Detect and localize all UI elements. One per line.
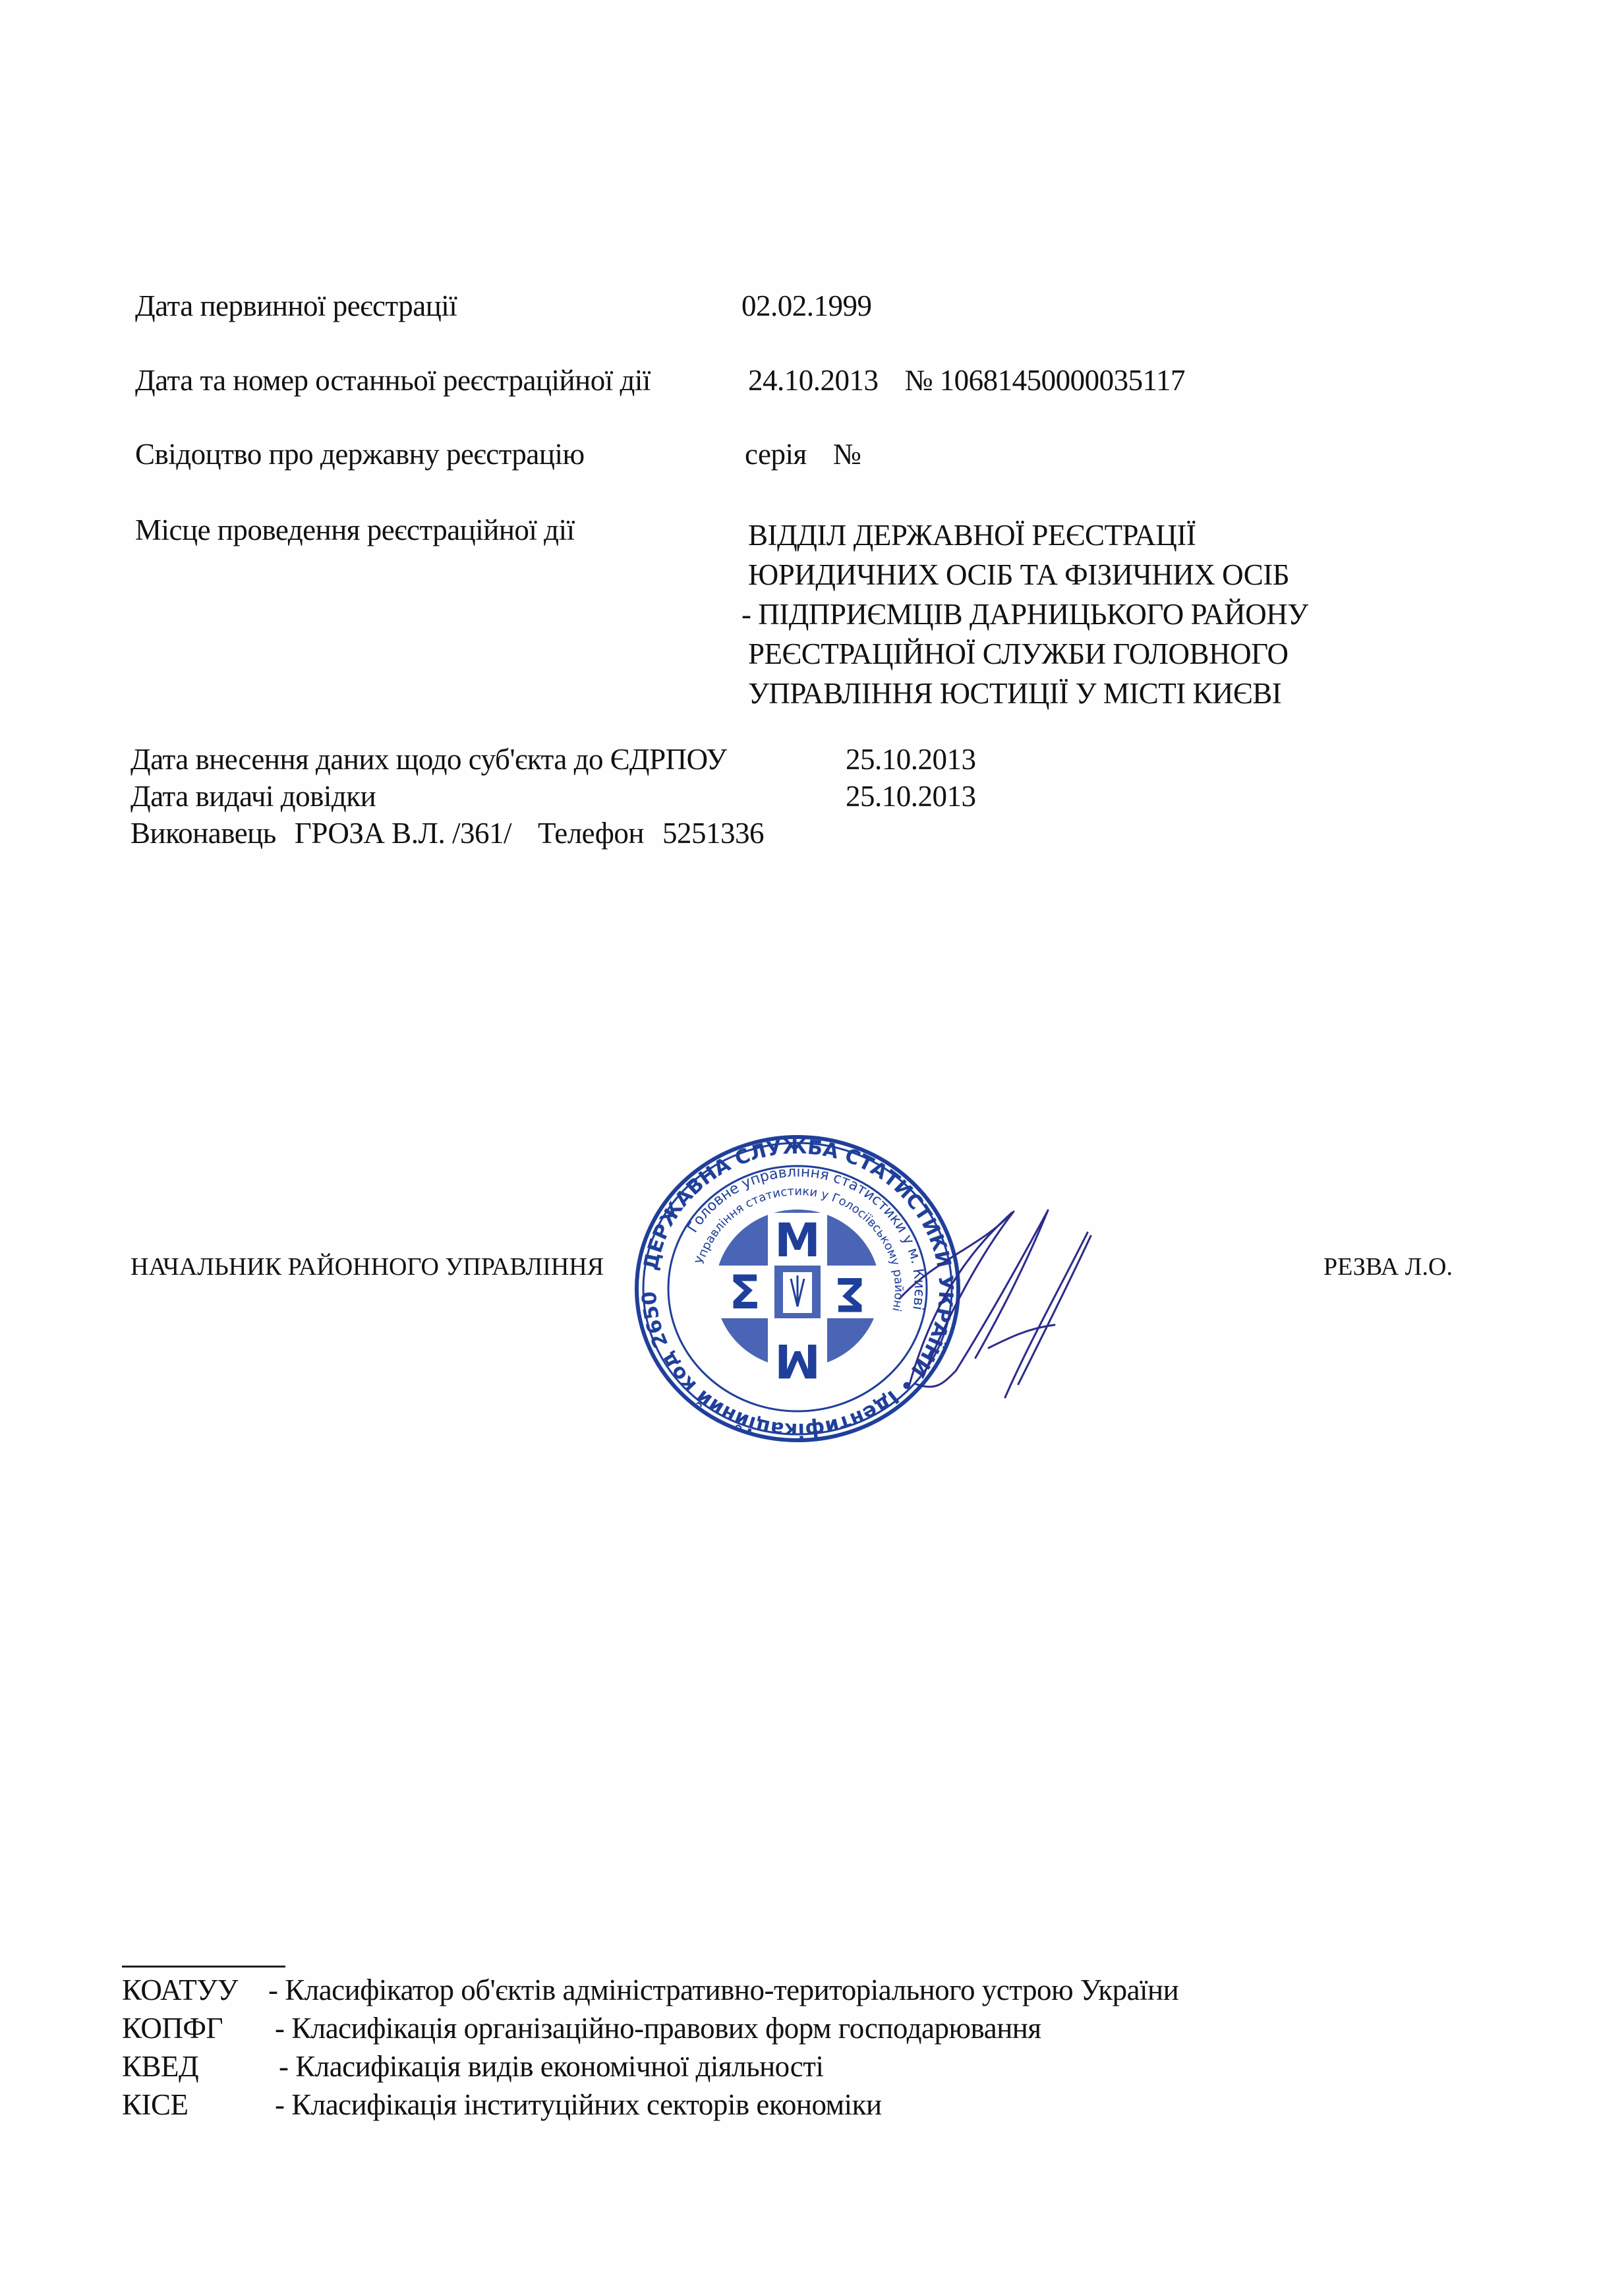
primary-registration-date-value: 02.02.1999	[741, 291, 872, 321]
footnote-abbr: КОПФГ	[122, 2014, 275, 2043]
registration-place-line: - ПІДПРИЄМЦІВ ДАРНИЦЬКОГО РАЙОНУ	[741, 600, 1308, 629]
edrpou-date-value: 25.10.2013	[846, 745, 976, 774]
issue-date-value: 25.10.2013	[846, 782, 976, 811]
footnote-item: КІСЕ- Класифікація інституційних секторі…	[122, 2090, 882, 2120]
stamp-letter-top: М	[774, 1213, 821, 1268]
last-registration-action-label: Дата та номер останньої реєстраційної ді…	[135, 366, 651, 395]
stamp-letter-right: Σ	[834, 1267, 866, 1321]
certificate-series: серія	[745, 438, 807, 471]
phone-label: Телефон	[538, 817, 644, 850]
certificate-label: Свідоцтво про державну реєстрацію	[135, 440, 585, 469]
executor-value: ГРОЗА В.Л. /361/	[295, 817, 511, 850]
stamp-letter-left: Σ	[729, 1266, 761, 1320]
registration-place-line: ЮРИДИЧНИХ ОСІБ ТА ФІЗИЧНИХ ОСІБ	[748, 560, 1289, 590]
footnote-text: - Класифікатор об'єктів адміністративно-…	[268, 1973, 1178, 2006]
certificate-value: серія№	[745, 440, 861, 469]
executor-row: ВиконавецьГРОЗА В.Л. /361/Телефон5251336	[130, 819, 764, 848]
footnote-abbr: КВЕД	[122, 2052, 279, 2082]
registration-place-line: УПРАВЛІННЯ ЮСТИЦІЇ У МІСТІ КИЄВІ	[748, 679, 1281, 709]
footnote-text: - Класифікація видів економічної діяльно…	[279, 2050, 823, 2083]
footnote-text: - Класифікація організаційно-правових фо…	[275, 2012, 1041, 2045]
footnote-abbr: КОАТУУ	[122, 1975, 268, 2005]
last-action-number: № 10681450000035117	[905, 364, 1186, 397]
footnote-item: КОАТУУ- Класифікатор об'єктів адміністра…	[122, 1975, 1178, 2005]
certificate-number: №	[833, 438, 861, 471]
signatory-title: НАЧАЛЬНИК РАЙОННОГО УПРАВЛІННЯ	[130, 1252, 604, 1281]
stamp-letter-bottom: М	[774, 1333, 821, 1387]
handwritten-signature	[896, 1186, 1094, 1404]
executor-label: Виконавець	[130, 817, 276, 850]
footnote-separator	[122, 1966, 285, 1968]
phone-value: 5251336	[662, 817, 764, 850]
last-action-date: 24.10.2013	[748, 364, 879, 397]
document-page: Дата первинної реєстрації 02.02.1999 Дат…	[0, 0, 1624, 2278]
footnote-item: КОПФГ- Класифікація організаційно-правов…	[122, 2014, 1041, 2043]
issue-date-label: Дата видачі довідки	[130, 782, 376, 811]
registration-place-line: РЕЄСТРАЦІЙНОЇ СЛУЖБИ ГОЛОВНОГО	[748, 639, 1288, 669]
footnote-item: КВЕД- Класифікація видів економічної дія…	[122, 2052, 823, 2082]
registration-place-label: Місце проведення реєстраційної дії	[135, 515, 575, 545]
footnote-text: - Класифікація інституційних секторів ек…	[275, 2088, 882, 2121]
footnote-abbr: КІСЕ	[122, 2090, 275, 2120]
registration-place-line: ВІДДІЛ ДЕРЖАВНОЇ РЕЄСТРАЦІЇ	[748, 521, 1196, 550]
signatory-name: РЕЗВА Л.О.	[1323, 1252, 1453, 1281]
primary-registration-date-label: Дата первинної реєстрації	[135, 291, 457, 321]
last-registration-action-value: 24.10.2013№ 10681450000035117	[748, 366, 1185, 395]
edrpou-date-label: Дата внесення даних щодо суб'єкта до ЄДР…	[130, 745, 726, 774]
